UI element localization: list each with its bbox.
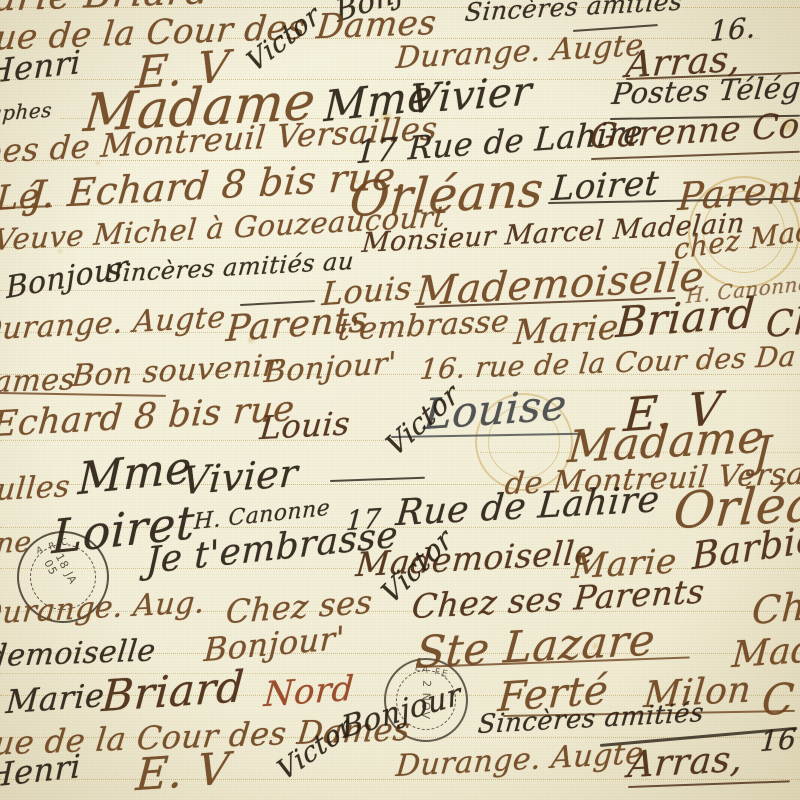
handwriting-text: E. V [134, 747, 231, 798]
handwriting-text: 16 [759, 725, 798, 756]
handwriting-text: Loiret [551, 166, 661, 206]
handwriting-text: Mademoiselle [0, 636, 157, 674]
handwriting-text: Bonjour' [203, 622, 345, 667]
handwriting-text: Henri [0, 46, 82, 88]
handwriting-text: Ch [751, 587, 800, 630]
handwriting-text: Mme [77, 446, 192, 502]
handwriting-text: Sincères amitiés [464, 0, 684, 25]
handwriting-text: ames [0, 365, 77, 398]
handwriting-text: Echard 8 bis rue [0, 392, 296, 443]
handwriting-text: Vivier [181, 454, 300, 500]
handwriting-text: t'embrasse [337, 307, 511, 346]
handwriting-text: Nord [263, 672, 355, 713]
handwriting-text: Briard [615, 292, 757, 344]
handwriting-text: Mad [731, 632, 800, 674]
handwriting-text: ulles [0, 472, 71, 506]
handwriting-text: Ch [765, 303, 800, 344]
handwriting-text: Ste Lazare [414, 619, 657, 675]
handwriting-text: Marie [5, 679, 106, 718]
handwriting-text: Sincères amitiés au [105, 249, 355, 286]
handwriting-text: Marie [513, 310, 621, 350]
handwriting-text: Henri [0, 750, 82, 792]
handwriting-text: Arras, [626, 742, 744, 784]
handwriting-text: Postes Télég [610, 73, 800, 109]
handwriting-text: Bonjour' [263, 349, 397, 388]
french-script-fabric-swatch: A R C18 JA 05LA FE2 NOVMarie BriardBonjo… [0, 0, 800, 800]
handwriting-text: 16. rue de la Cour des Da [419, 343, 798, 384]
handwriting-text: Durange. Augte [395, 739, 645, 782]
handwriting-text: Chez ses Parents [411, 575, 706, 624]
handwriting-text: C [761, 678, 797, 723]
handwriting-text: Durange. Aug. [0, 588, 206, 630]
handwriting-text: aphes [0, 100, 53, 124]
handwriting-text: ne [0, 528, 33, 558]
handwriting-text: Louis [259, 407, 352, 444]
handwriting-text: Briard [100, 666, 245, 719]
handwriting-text: Bon souvenir [71, 351, 279, 392]
ink-underline [330, 477, 425, 482]
handwriting-text: Durange. Augte [0, 303, 227, 346]
